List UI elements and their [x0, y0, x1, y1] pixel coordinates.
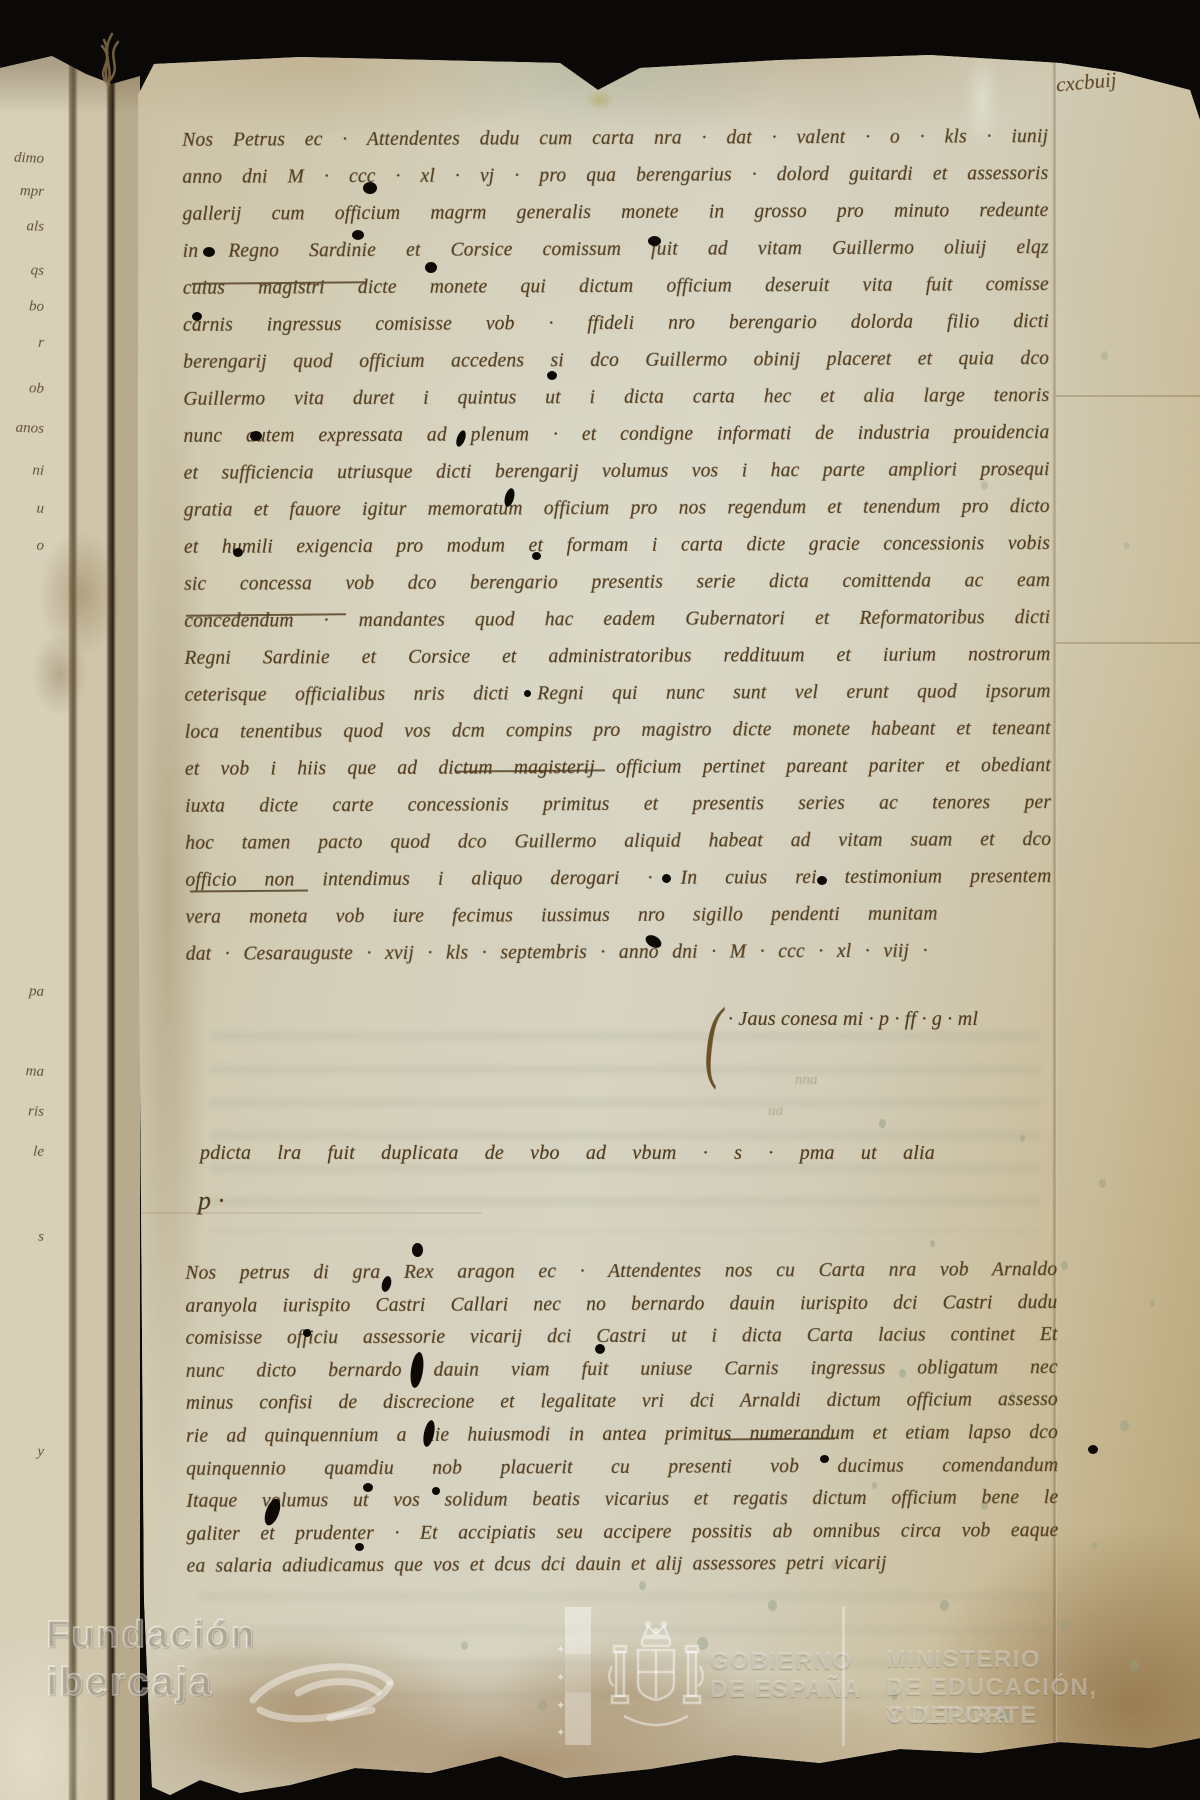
- page-fragment-text: ob: [0, 379, 44, 398]
- upper-text-block: Nos Petrus ec · Attendentes dudu cum car…: [182, 118, 1052, 973]
- text-line: Regni Sardinie et Corsice et administrat…: [184, 636, 1050, 677]
- ministerio-watermark-line3: Y DEPORTE: [886, 1702, 1038, 1730]
- ibercaja-watermark-line1: Fundación: [46, 1614, 256, 1657]
- text-line: sic concessa vob dco berengario presenti…: [184, 562, 1050, 603]
- text-line: nunc dicto bernardo dauin viam fuit uniu…: [186, 1352, 1058, 1388]
- text-line: ceterisque officialibus nris dicti Regni…: [185, 673, 1051, 714]
- text-line: et humili exigencia pro modum et formam …: [184, 525, 1050, 566]
- duplication-note: pdicta lra fuit duplicata de vbo ad vbum…: [200, 1142, 935, 1165]
- ink-blot: [648, 236, 661, 246]
- folio-number: cxcbuij: [1055, 67, 1118, 97]
- text-line: galiter et prudenter · Et accipiatis seu…: [186, 1515, 1058, 1551]
- ink-blot: [203, 247, 215, 257]
- page-fragment-text: als: [0, 217, 44, 236]
- page-fragment-text: anos: [0, 419, 44, 438]
- ministerio-watermark-line1: MINISTERIO: [886, 1646, 1041, 1674]
- text-line: Nos petrus di gra Rex aragon ec · Attend…: [185, 1254, 1057, 1290]
- show-through-text-ghost: [210, 1032, 1040, 1232]
- page-fragment-text: mpr: [0, 182, 44, 201]
- page-fragment-text: dimo: [0, 149, 44, 168]
- faint-mark: nna: [795, 1072, 818, 1089]
- page-fragment-text: u: [0, 499, 44, 518]
- text-line: dat · Cesarauguste · xvij · kls · septem…: [186, 933, 928, 973]
- text-line: gallerij cum officium magrm generalis mo…: [182, 192, 1048, 233]
- ink-blot: [595, 1344, 605, 1354]
- horizontal-crease: [1056, 395, 1200, 397]
- ink-blot: [532, 552, 541, 560]
- page-fragment-text: pa: [0, 982, 44, 1001]
- text-line: comisisse officiu assessorie vicarij dci…: [186, 1319, 1058, 1355]
- paragraph-mark: p ·: [198, 1186, 225, 1216]
- left-page-stack: dimo mpr als qs bo r ob anos ni u o pa m…: [0, 54, 140, 1800]
- ink-blot: [432, 1487, 440, 1495]
- page-fragment-text: qs: [0, 261, 44, 280]
- star-icon: ✦: [556, 1726, 565, 1739]
- page-fragment-text: bo: [0, 297, 44, 316]
- page-fragment-text: le: [0, 1142, 44, 1161]
- gobierno-watermark-line2: DE ESPAÑA: [710, 1676, 862, 1704]
- ink-blot: [363, 182, 377, 194]
- text-line: concedendum · mandantes quod hac eadem G…: [184, 599, 1050, 640]
- ibercaja-swoosh-icon: [238, 1638, 403, 1733]
- mold-specks: [0, 0, 5, 7]
- text-line: gratia et fauore igitur memoratum offici…: [184, 488, 1050, 529]
- text-line: officio non intendimus i aliquo derogari…: [185, 858, 1051, 899]
- ink-blot: [820, 1455, 829, 1463]
- ink-blot: [524, 690, 531, 697]
- text-line: ea salaria adiudicamus que vos et dcus d…: [187, 1548, 887, 1584]
- scribe-signature-note: · Jaus conesa mi · p · ff · g · ml: [728, 1008, 1008, 1031]
- ink-blot: [355, 1543, 364, 1551]
- text-line: hoc tamen pacto quod dco Guillermo aliqu…: [185, 821, 1051, 862]
- page-fragment-text: ris: [0, 1102, 44, 1121]
- ink-blot: [662, 874, 671, 883]
- manuscript-page: cxcbuij ∕∕ · Nos Petrus ec · Attendentes…: [0, 0, 1200, 1800]
- text-line: Itaque volumus ut vos solidum beatis vic…: [186, 1482, 1058, 1518]
- page-fragment-text: ma: [0, 1062, 44, 1081]
- text-line: quinquennio quamdiu nob placuerit cu pre…: [186, 1450, 1058, 1486]
- flag-bar-icon: [565, 1607, 591, 1745]
- ibercaja-watermark-line2: ibercaja: [46, 1660, 213, 1705]
- text-line: berengarij quod officium accedens si dco…: [183, 340, 1049, 381]
- text-line: Nos Petrus ec · Attendentes dudu cum car…: [182, 118, 1048, 159]
- star-icon: ✦: [556, 1699, 565, 1712]
- text-line: minus confisi de discrecione et legalita…: [186, 1384, 1058, 1420]
- closing-paren-mark: (: [704, 985, 723, 1092]
- ink-blot: [1088, 1445, 1098, 1454]
- text-line: et sufficiencia utriusque dicti berengar…: [184, 451, 1050, 492]
- text-line: et vob i hiis que ad dictum magisterij o…: [185, 747, 1051, 788]
- text-line: in Regno Sardinie et Corsice comissum fu…: [183, 229, 1049, 270]
- star-icon: ✦: [556, 1671, 565, 1684]
- page-fragment-text: s: [0, 1227, 44, 1246]
- watermark-divider: [842, 1606, 845, 1746]
- text-line: Guillermo vita duret i quintus ut i dict…: [183, 377, 1049, 418]
- gobierno-watermark-line1: GOBIERNO: [710, 1648, 853, 1676]
- ink-blot: [425, 262, 437, 273]
- ink-blot: [817, 876, 827, 885]
- star-icon: ✦: [556, 1643, 565, 1656]
- text-line: rie ad quinquennium a die huiusmodi in a…: [186, 1417, 1058, 1453]
- page-fragment-text: y: [0, 1442, 44, 1461]
- horizontal-crease: [1056, 642, 1200, 644]
- binding-fiber-tuft: [82, 16, 134, 88]
- text-line: aranyola iurispito Castri Callari nec no…: [185, 1287, 1057, 1323]
- text-line: vera moneta vob iure fecimus iussimus nr…: [186, 896, 938, 936]
- ink-blot: [412, 1243, 423, 1257]
- text-line: nunc autem expressata ad plenum · et con…: [183, 414, 1049, 455]
- text-line: anno dni M · ccc · xl · vj · pro qua ber…: [182, 155, 1048, 196]
- ink-blot: [547, 371, 557, 380]
- page-fragment-text: r: [0, 333, 44, 352]
- ink-blot: [363, 1483, 373, 1492]
- spain-coat-of-arms-icon: [606, 1620, 706, 1734]
- ink-blot: [303, 1329, 311, 1337]
- ink-blot: [192, 312, 202, 321]
- page-fragment-text: o: [0, 536, 44, 555]
- text-line: carnis ingressus comisisse vob · ffideli…: [183, 303, 1049, 344]
- ink-blot: [352, 230, 364, 240]
- page-fragment-text: ni: [0, 461, 44, 480]
- text-line: iuxta dicte carte concessionis primitus …: [185, 784, 1051, 825]
- text-line: loca tenentibus quod vos dcm compins pro…: [185, 710, 1051, 751]
- ink-blot: [250, 431, 262, 441]
- folio-corner-marks: ∕∕ ·: [1145, 56, 1175, 90]
- faint-mark: ua: [768, 1103, 783, 1120]
- ink-blot: [233, 548, 243, 557]
- text-line: cuius magistri dicte monete qui dictum o…: [183, 266, 1049, 307]
- lower-text-block: Nos petrus di gra Rex aragon ec · Attend…: [185, 1254, 1058, 1584]
